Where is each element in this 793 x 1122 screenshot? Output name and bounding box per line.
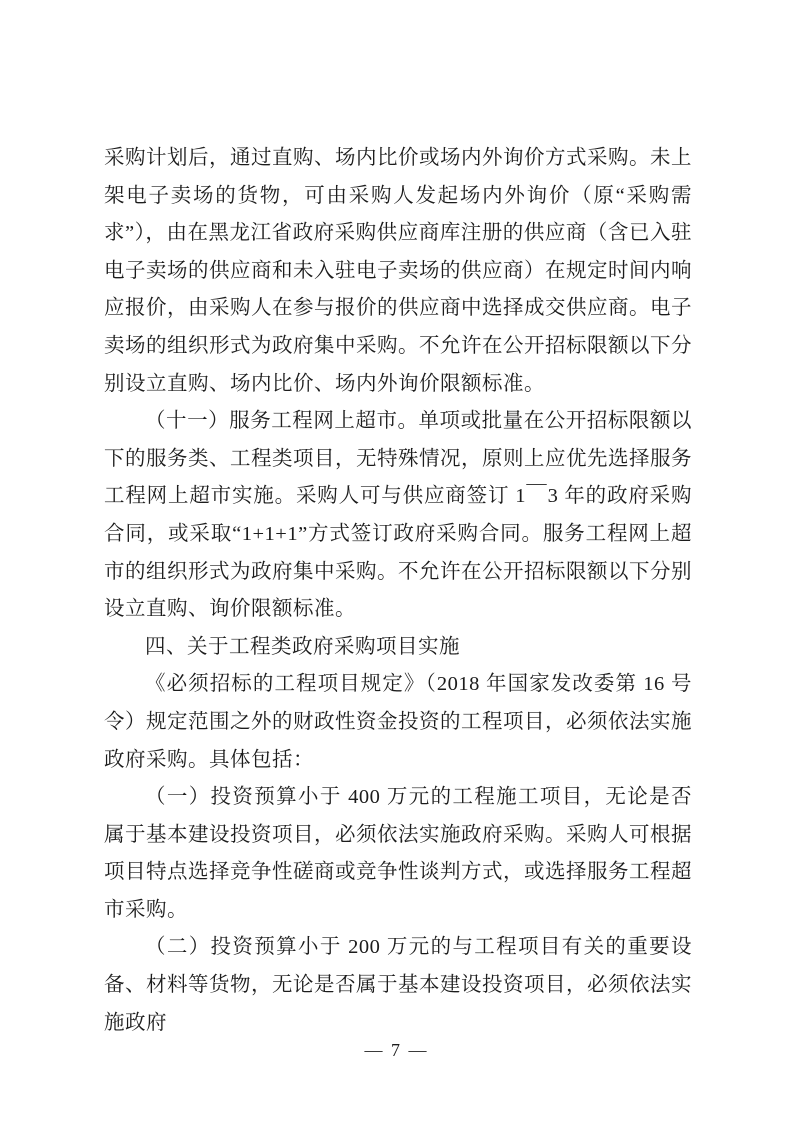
document-page: 采购计划后，通过直购、场内比价或场内外询价方式采购。未上架电子卖场的货物，可由采… [0, 0, 793, 1122]
page-footer: — 7 — [0, 1038, 793, 1062]
page-number: — 7 — [365, 1040, 429, 1060]
paragraph-item-11: （十一）服务工程网上超市。单项或批量在公开招标限额以下的服务类、工程类项目，无特… [104, 403, 692, 629]
document-body: 采购计划后，通过直购、场内比价或场内外询价方式采购。未上架电子卖场的货物，可由采… [104, 140, 692, 1042]
paragraph-regulation-scope: 《必须招标的工程项目规定》（2018 年国家发改委第 16 号令）规定范围之外的… [104, 666, 692, 779]
section-heading-4: 四、关于工程类政府采购项目实施 [104, 629, 692, 667]
paragraph-item-2: （二）投资预算小于 200 万元的与工程项目有关的重要设备、材料等货物，无论是否… [104, 929, 692, 1042]
paragraph-item-1: （一）投资预算小于 400 万元的工程施工项目，无论是否属于基本建设投资项目，必… [104, 779, 692, 929]
paragraph-continuation: 采购计划后，通过直购、场内比价或场内外询价方式采购。未上架电子卖场的货物，可由采… [104, 140, 692, 403]
